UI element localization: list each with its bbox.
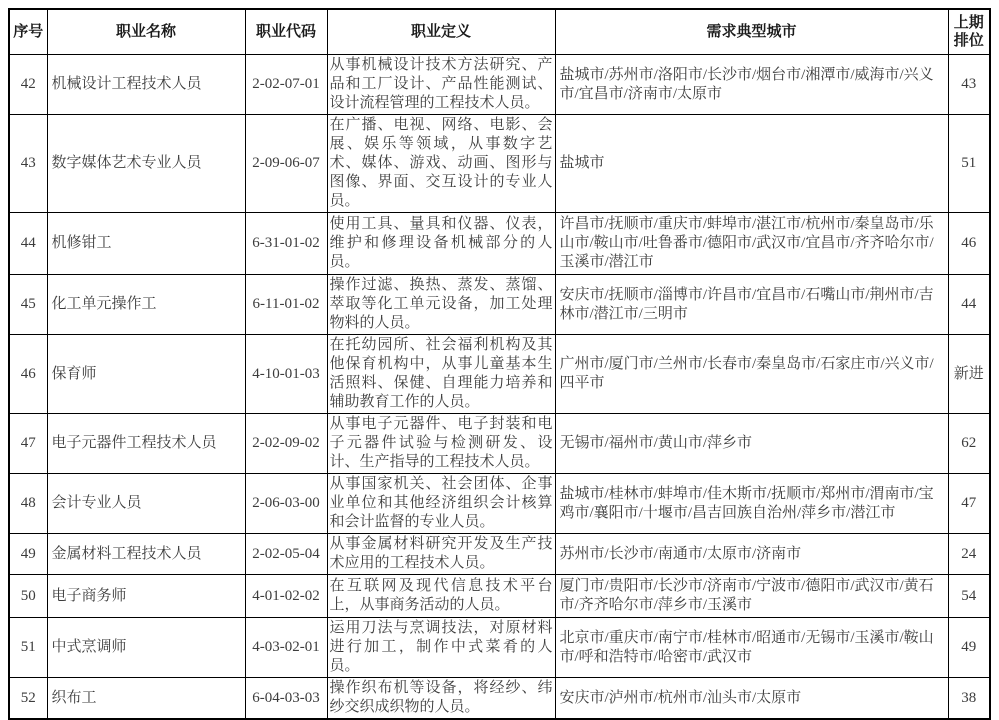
- table-body: 42 机械设计工程技术人员 2-02-07-01 从事机械设计技术方法研究、产品…: [9, 55, 990, 720]
- cell-occupation-name: 会计专业人员: [47, 474, 245, 534]
- header-row: 序号 职业名称 职业代码 职业定义 需求典型城市 上期排位: [9, 9, 990, 55]
- header-occupation-name: 职业名称: [47, 9, 245, 55]
- cell-occupation-name: 化工单元操作工: [47, 275, 245, 335]
- cell-occupation-definition: 从事国家机关、社会团体、企事业单位和其他经济组织会计核算和会计监督的专业人员。: [327, 474, 555, 534]
- header-serial-number: 序号: [9, 9, 47, 55]
- cell-occupation-definition: 从事机械设计技术方法研究、产品和工厂设计、产品性能测试、设计流程管理的工程技术人…: [327, 55, 555, 115]
- cell-occupation-code: 4-01-02-02: [245, 575, 327, 618]
- table-row: 49 金属材料工程技术人员 2-02-05-04 从事金属材料研究开发及生产技术…: [9, 534, 990, 575]
- cell-occupation-name: 织布工: [47, 678, 245, 720]
- table-row: 50 电子商务师 4-01-02-02 在互联网及现代信息技术平台上，从事商务活…: [9, 575, 990, 618]
- cell-serial-number: 47: [9, 414, 47, 474]
- cell-occupation-name: 电子商务师: [47, 575, 245, 618]
- cell-occupation-definition: 从事金属材料研究开发及生产技术应用的工程技术人员。: [327, 534, 555, 575]
- cell-demand-cities: 盐城市/苏州市/洛阳市/长沙市/烟台市/湘潭市/威海市/兴义市/宜昌市/济南市/…: [555, 55, 948, 115]
- cell-occupation-code: 2-02-05-04: [245, 534, 327, 575]
- header-occupation-code: 职业代码: [245, 9, 327, 55]
- cell-occupation-code: 2-09-06-07: [245, 115, 327, 213]
- table-row: 42 机械设计工程技术人员 2-02-07-01 从事机械设计技术方法研究、产品…: [9, 55, 990, 115]
- cell-demand-cities: 安庆市/抚顺市/淄博市/许昌市/宜昌市/石嘴山市/荆州市/吉林市/潜江市/三明市: [555, 275, 948, 335]
- cell-demand-cities: 盐城市: [555, 115, 948, 213]
- header-occupation-definition: 职业定义: [327, 9, 555, 55]
- cell-occupation-definition: 操作织布机等设备，将经纱、纬纱交织成织物的人员。: [327, 678, 555, 720]
- cell-demand-cities: 安庆市/泸州市/杭州市/汕头市/太原市: [555, 678, 948, 720]
- header-previous-rank: 上期排位: [948, 9, 990, 55]
- cell-demand-cities: 广州市/厦门市/兰州市/长春市/秦皇岛市/石家庄市/兴义市/四平市: [555, 335, 948, 414]
- table-row: 46 保育师 4-10-01-03 在托幼园所、社会福利机构及其他保育机构中，从…: [9, 335, 990, 414]
- cell-occupation-name: 保育师: [47, 335, 245, 414]
- cell-occupation-definition: 使用工具、量具和仪器、仪表，维护和修理设备机械部分的人员。: [327, 213, 555, 275]
- table-row: 45 化工单元操作工 6-11-01-02 操作过滤、换热、蒸发、蒸馏、萃取等化…: [9, 275, 990, 335]
- cell-occupation-name: 中式烹调师: [47, 618, 245, 678]
- cell-serial-number: 50: [9, 575, 47, 618]
- cell-previous-rank: 49: [948, 618, 990, 678]
- cell-occupation-name: 电子元器件工程技术人员: [47, 414, 245, 474]
- cell-occupation-code: 4-03-02-01: [245, 618, 327, 678]
- cell-demand-cities: 许昌市/抚顺市/重庆市/蚌埠市/湛江市/杭州市/秦皇岛市/乐山市/鞍山市/吐鲁番…: [555, 213, 948, 275]
- cell-serial-number: 52: [9, 678, 47, 720]
- occupation-ranking-table: 序号 职业名称 职业代码 职业定义 需求典型城市 上期排位 42 机械设计工程技…: [8, 8, 991, 720]
- cell-occupation-code: 2-02-07-01: [245, 55, 327, 115]
- table-header: 序号 职业名称 职业代码 职业定义 需求典型城市 上期排位: [9, 9, 990, 55]
- table-row: 48 会计专业人员 2-06-03-00 从事国家机关、社会团体、企事业单位和其…: [9, 474, 990, 534]
- cell-occupation-name: 机械设计工程技术人员: [47, 55, 245, 115]
- cell-serial-number: 43: [9, 115, 47, 213]
- cell-previous-rank: 43: [948, 55, 990, 115]
- cell-occupation-code: 2-06-03-00: [245, 474, 327, 534]
- cell-occupation-definition: 在托幼园所、社会福利机构及其他保育机构中，从事儿童基本生活照料、保健、自理能力培…: [327, 335, 555, 414]
- cell-previous-rank: 54: [948, 575, 990, 618]
- cell-occupation-name: 机修钳工: [47, 213, 245, 275]
- cell-previous-rank: 24: [948, 534, 990, 575]
- cell-occupation-code: 6-11-01-02: [245, 275, 327, 335]
- cell-previous-rank: 47: [948, 474, 990, 534]
- cell-serial-number: 46: [9, 335, 47, 414]
- cell-serial-number: 45: [9, 275, 47, 335]
- cell-occupation-definition: 从事电子元器件、电子封装和电子元器件试验与检测研发、设计、生产指导的工程技术人员…: [327, 414, 555, 474]
- table-row: 51 中式烹调师 4-03-02-01 运用刀法与烹调技法，对原材料进行加工，制…: [9, 618, 990, 678]
- table-row: 47 电子元器件工程技术人员 2-02-09-02 从事电子元器件、电子封装和电…: [9, 414, 990, 474]
- cell-serial-number: 51: [9, 618, 47, 678]
- cell-occupation-definition: 操作过滤、换热、蒸发、蒸馏、萃取等化工单元设备，加工处理物料的人员。: [327, 275, 555, 335]
- cell-previous-rank: 46: [948, 213, 990, 275]
- table-row: 52 织布工 6-04-03-03 操作织布机等设备，将经纱、纬纱交织成织物的人…: [9, 678, 990, 720]
- cell-previous-rank: 新进: [948, 335, 990, 414]
- cell-occupation-definition: 在广播、电视、网络、电影、会展、娱乐等领域，从事数字艺术、媒体、游戏、动画、图形…: [327, 115, 555, 213]
- cell-serial-number: 48: [9, 474, 47, 534]
- cell-previous-rank: 38: [948, 678, 990, 720]
- cell-previous-rank: 51: [948, 115, 990, 213]
- cell-occupation-code: 6-04-03-03: [245, 678, 327, 720]
- table-row: 43 数字媒体艺术专业人员 2-09-06-07 在广播、电视、网络、电影、会展…: [9, 115, 990, 213]
- header-demand-cities: 需求典型城市: [555, 9, 948, 55]
- cell-occupation-definition: 运用刀法与烹调技法，对原材料进行加工，制作中式菜肴的人员。: [327, 618, 555, 678]
- cell-demand-cities: 盐城市/桂林市/蚌埠市/佳木斯市/抚顺市/郑州市/渭南市/宝鸡市/襄阳市/十堰市…: [555, 474, 948, 534]
- cell-previous-rank: 62: [948, 414, 990, 474]
- cell-occupation-code: 2-02-09-02: [245, 414, 327, 474]
- cell-demand-cities: 苏州市/长沙市/南通市/太原市/济南市: [555, 534, 948, 575]
- cell-serial-number: 49: [9, 534, 47, 575]
- cell-occupation-code: 4-10-01-03: [245, 335, 327, 414]
- table-row: 44 机修钳工 6-31-01-02 使用工具、量具和仪器、仪表，维护和修理设备…: [9, 213, 990, 275]
- cell-serial-number: 42: [9, 55, 47, 115]
- cell-occupation-definition: 在互联网及现代信息技术平台上，从事商务活动的人员。: [327, 575, 555, 618]
- cell-occupation-name: 数字媒体艺术专业人员: [47, 115, 245, 213]
- cell-occupation-name: 金属材料工程技术人员: [47, 534, 245, 575]
- cell-demand-cities: 无锡市/福州市/黄山市/萍乡市: [555, 414, 948, 474]
- cell-demand-cities: 厦门市/贵阳市/长沙市/济南市/宁波市/德阳市/武汉市/黄石市/齐齐哈尔市/萍乡…: [555, 575, 948, 618]
- cell-occupation-code: 6-31-01-02: [245, 213, 327, 275]
- cell-serial-number: 44: [9, 213, 47, 275]
- cell-previous-rank: 44: [948, 275, 990, 335]
- cell-demand-cities: 北京市/重庆市/南宁市/桂林市/昭通市/无锡市/玉溪市/鞍山市/呼和浩特市/哈密…: [555, 618, 948, 678]
